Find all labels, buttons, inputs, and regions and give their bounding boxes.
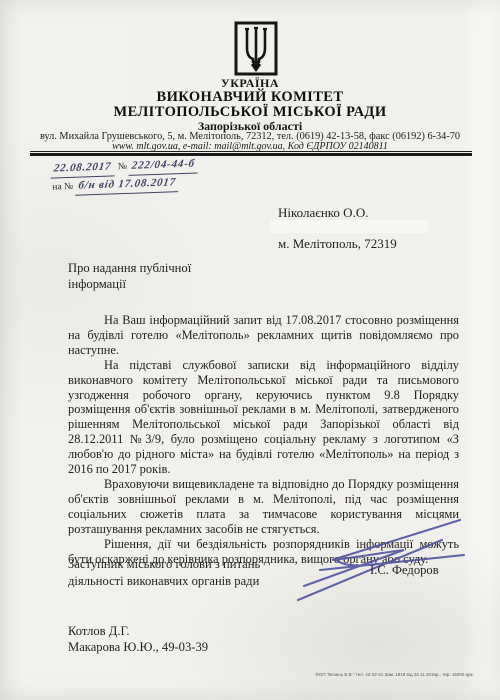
handwritten-signature bbox=[292, 508, 472, 613]
addressee-city: м. Мелітополь, 72319 bbox=[278, 236, 397, 252]
signer-position-line2: діяльності виконавчих органів ради bbox=[68, 573, 260, 590]
subject-line2: інформації bbox=[68, 276, 191, 292]
redacted-address-area bbox=[270, 220, 428, 233]
outgoing-date-handwritten: 22.08.2017 bbox=[51, 158, 117, 178]
addressee-name: Ніколаєнко О.О. bbox=[278, 205, 368, 221]
scanned-letter-page: УКРАЇНА ВИКОНАВЧИЙ КОМІТЕТ МЕЛІТОПОЛЬСЬК… bbox=[0, 0, 500, 700]
print-shop-footer: ФОП "Безень В.В." тел. 42-22-41 Зам. 191… bbox=[316, 672, 474, 677]
number-sign-label: № bbox=[118, 162, 127, 172]
executor-name-2: Макарова Ю.Ю., 49-03-39 bbox=[68, 640, 208, 655]
subject-block: Про надання публічної інформації bbox=[68, 260, 191, 292]
signer-position: Заступник міського голови з питань діяль… bbox=[68, 556, 260, 589]
outgoing-number-handwritten: 222/04-44-б bbox=[129, 155, 200, 176]
incoming-number-handwritten: б/н від 17.08.2017 bbox=[75, 174, 181, 196]
ukraine-trident-emblem bbox=[234, 21, 278, 81]
letterhead-divider bbox=[30, 151, 472, 156]
trident-icon bbox=[234, 21, 278, 76]
reference-block: 22.08.2017 № 222/04-44-б на № б/н від 17… bbox=[51, 155, 199, 196]
signer-name: І.С. Федоров bbox=[370, 563, 439, 578]
body-paragraph-2: На підставі службової записки від інформ… bbox=[68, 358, 459, 477]
signer-position-line1: Заступник міського голови з питань bbox=[68, 556, 260, 573]
body-paragraph-1: На Ваш інформаційний запит від 17.08.201… bbox=[68, 313, 459, 358]
incoming-reference-label: на № bbox=[52, 182, 73, 193]
executor-name-1: Котлов Д.Г. bbox=[68, 624, 130, 639]
subject-line1: Про надання публічної bbox=[68, 260, 191, 276]
